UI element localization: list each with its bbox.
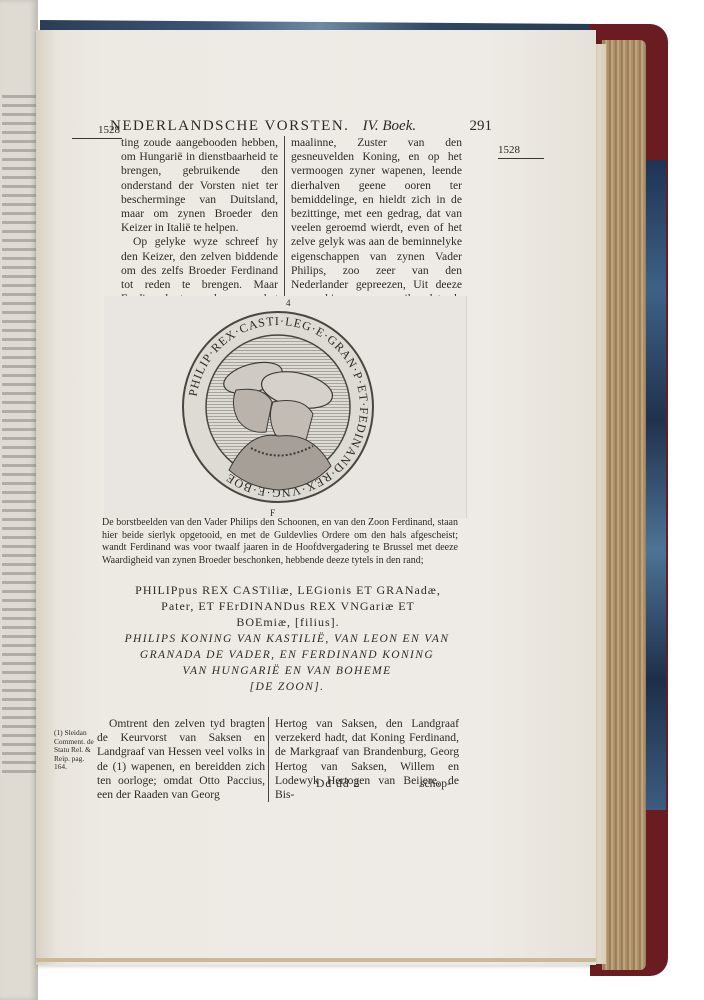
margin-year-left: 1528 bbox=[72, 124, 122, 139]
running-head: NEDERLANDSCHE VORSTEN. IV. Boek. 291 bbox=[110, 118, 490, 135]
inscription-line: GRANADA DE VADER, EN FERDINAND KONING bbox=[112, 647, 462, 663]
inscription-line: [DE ZOON]. bbox=[112, 679, 462, 695]
plate-mark-top: 4 bbox=[286, 298, 291, 308]
medal-engraving: PHILIP·REX·CASTI·LEG·E·GRAN·P·ET·FEDINAN… bbox=[181, 310, 375, 504]
margin-year-right: 1528 bbox=[498, 144, 544, 159]
book-cover-marbled-board bbox=[646, 160, 666, 810]
plate-caption: De borstbeelden van den Vader Philips de… bbox=[102, 517, 458, 567]
text-column-bottom-left: Omtrent den zelven tyd bragten de Keurvo… bbox=[97, 717, 265, 802]
signature-mark: Dd dd 2 bbox=[316, 777, 360, 790]
left-page-text-lines bbox=[2, 95, 36, 775]
inscription-line: PHILIPpus REX CASTiliæ, LEGionis ET GRAN… bbox=[120, 582, 456, 598]
paragraph: Omtrent den zelven tyd bragten de Keurvo… bbox=[97, 717, 265, 802]
left-page-sliver bbox=[0, 0, 38, 1000]
paragraph: ting zoude aangebooden hebben, om Hungar… bbox=[121, 136, 278, 235]
catchword: schop- bbox=[420, 777, 451, 790]
book-page-edges bbox=[602, 40, 646, 970]
page-number: 291 bbox=[470, 118, 493, 135]
book-number: IV. Boek. bbox=[363, 118, 416, 134]
page-bottom-edge bbox=[36, 958, 596, 962]
margin-footnote: (1) Sleidan Comment. de Statu Rel. & Rei… bbox=[54, 729, 94, 772]
inscription-line: PHILIPS KONING VAN KASTILIË, VAN LEON EN… bbox=[112, 631, 462, 647]
inscription-latin: PHILIPpus REX CASTiliæ, LEGionis ET GRAN… bbox=[120, 582, 456, 630]
running-head-title: NEDERLANDSCHE VORSTEN. bbox=[110, 118, 349, 134]
inscription-dutch: PHILIPS KONING VAN KASTILIË, VAN LEON EN… bbox=[112, 631, 462, 695]
inscription-line: BOEmiæ, [filius]. bbox=[120, 614, 456, 630]
inscription-line: VAN HUNGARIË EN VAN BOHEME bbox=[112, 663, 462, 679]
inscription-line: Pater, ET FErDINANDus REX VNGariæ ET bbox=[120, 598, 456, 614]
